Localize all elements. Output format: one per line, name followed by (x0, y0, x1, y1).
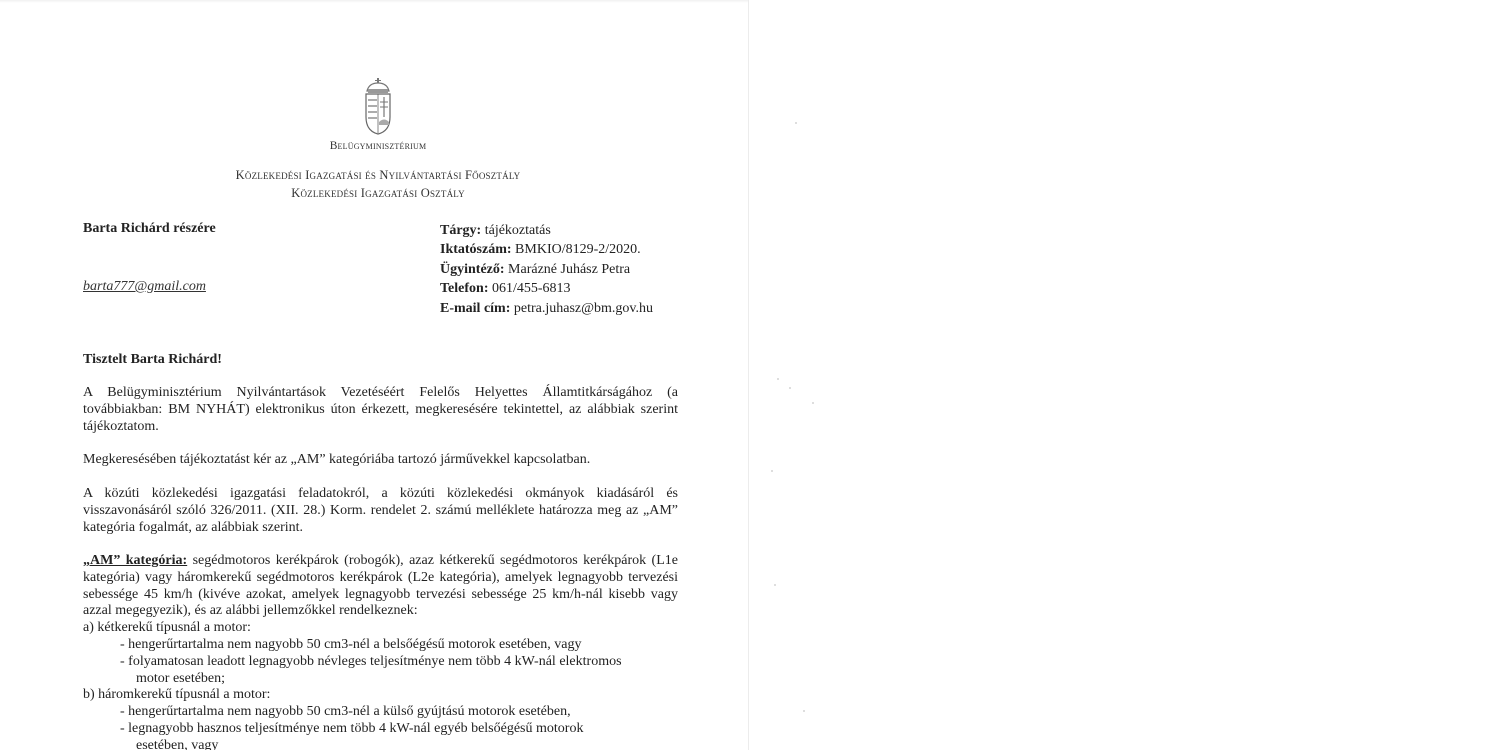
document-page: Belügyminisztérium Közlekedési Igazgatás… (0, 0, 749, 750)
meta-reference-number: Iktatószám: BMKIO/8129-2/2020. (440, 240, 653, 259)
list-a-item: - folyamatosan leadott legnagyobb névleg… (83, 654, 678, 671)
meta-case-officer: Ügyintéző: Marázné Juhász Petra (440, 260, 653, 279)
paragraph-am-category: „AM” kategória: segédmotoros kerékpárok … (83, 553, 678, 750)
am-category-term: „AM” kategória: (83, 553, 187, 568)
letter-metadata: Tárgy: tájékoztatás Iktatószám: BMKIO/81… (440, 221, 653, 318)
list-b-item-continuation: esetében, vagy (83, 738, 678, 750)
list-b-item: - hengerűrtartalma nem nagyobb 50 cm3-né… (83, 704, 678, 721)
scan-speck (777, 378, 779, 380)
addressee: Barta Richárd részére (83, 221, 216, 237)
scan-speck (795, 122, 797, 124)
department-name: Közlekedési Igazgatási és Nyilvántartási… (0, 168, 756, 183)
list-heading-a: a) kétkerekű típusnál a motor: (83, 620, 678, 637)
meta-subject: Tárgy: tájékoztatás (440, 221, 653, 240)
ministry-name: Belügyminisztérium (0, 140, 756, 152)
recipient-email-link[interactable]: barta777@gmail.com (83, 279, 206, 295)
scan-speck (774, 584, 776, 586)
meta-email: E-mail cím: petra.juhasz@bm.gov.hu (440, 299, 653, 318)
scan-speck (803, 710, 805, 712)
meta-phone: Telefon: 061/455-6813 (440, 279, 653, 298)
paragraph-intro: A Belügyminisztérium Nyilvántartások Vez… (83, 385, 678, 435)
list-b-item: - legnagyobb hasznos teljesítménye nem t… (83, 721, 678, 738)
coat-of-arms-icon (363, 77, 393, 135)
list-a-item-continuation: motor esetében; (83, 671, 678, 688)
division-name: Közlekedési Igazgatási Osztály (0, 186, 756, 201)
list-heading-b: b) háromkerekű típusnál a motor: (83, 687, 678, 704)
scan-speck (771, 470, 773, 472)
greeting: Tisztelt Barta Richárd! (83, 352, 678, 369)
scan-speck (789, 387, 791, 389)
blank-page-area (749, 0, 1500, 750)
list-a-item: - hengerűrtartalma nem nagyobb 50 cm3-né… (83, 637, 678, 654)
paragraph-request: Megkeresésében tájékoztatást kér az „AM”… (83, 452, 678, 469)
scan-speck (812, 402, 814, 404)
page-top-edge (0, 0, 748, 3)
paragraph-regulation: A közúti közlekedési igazgatási feladato… (83, 486, 678, 536)
